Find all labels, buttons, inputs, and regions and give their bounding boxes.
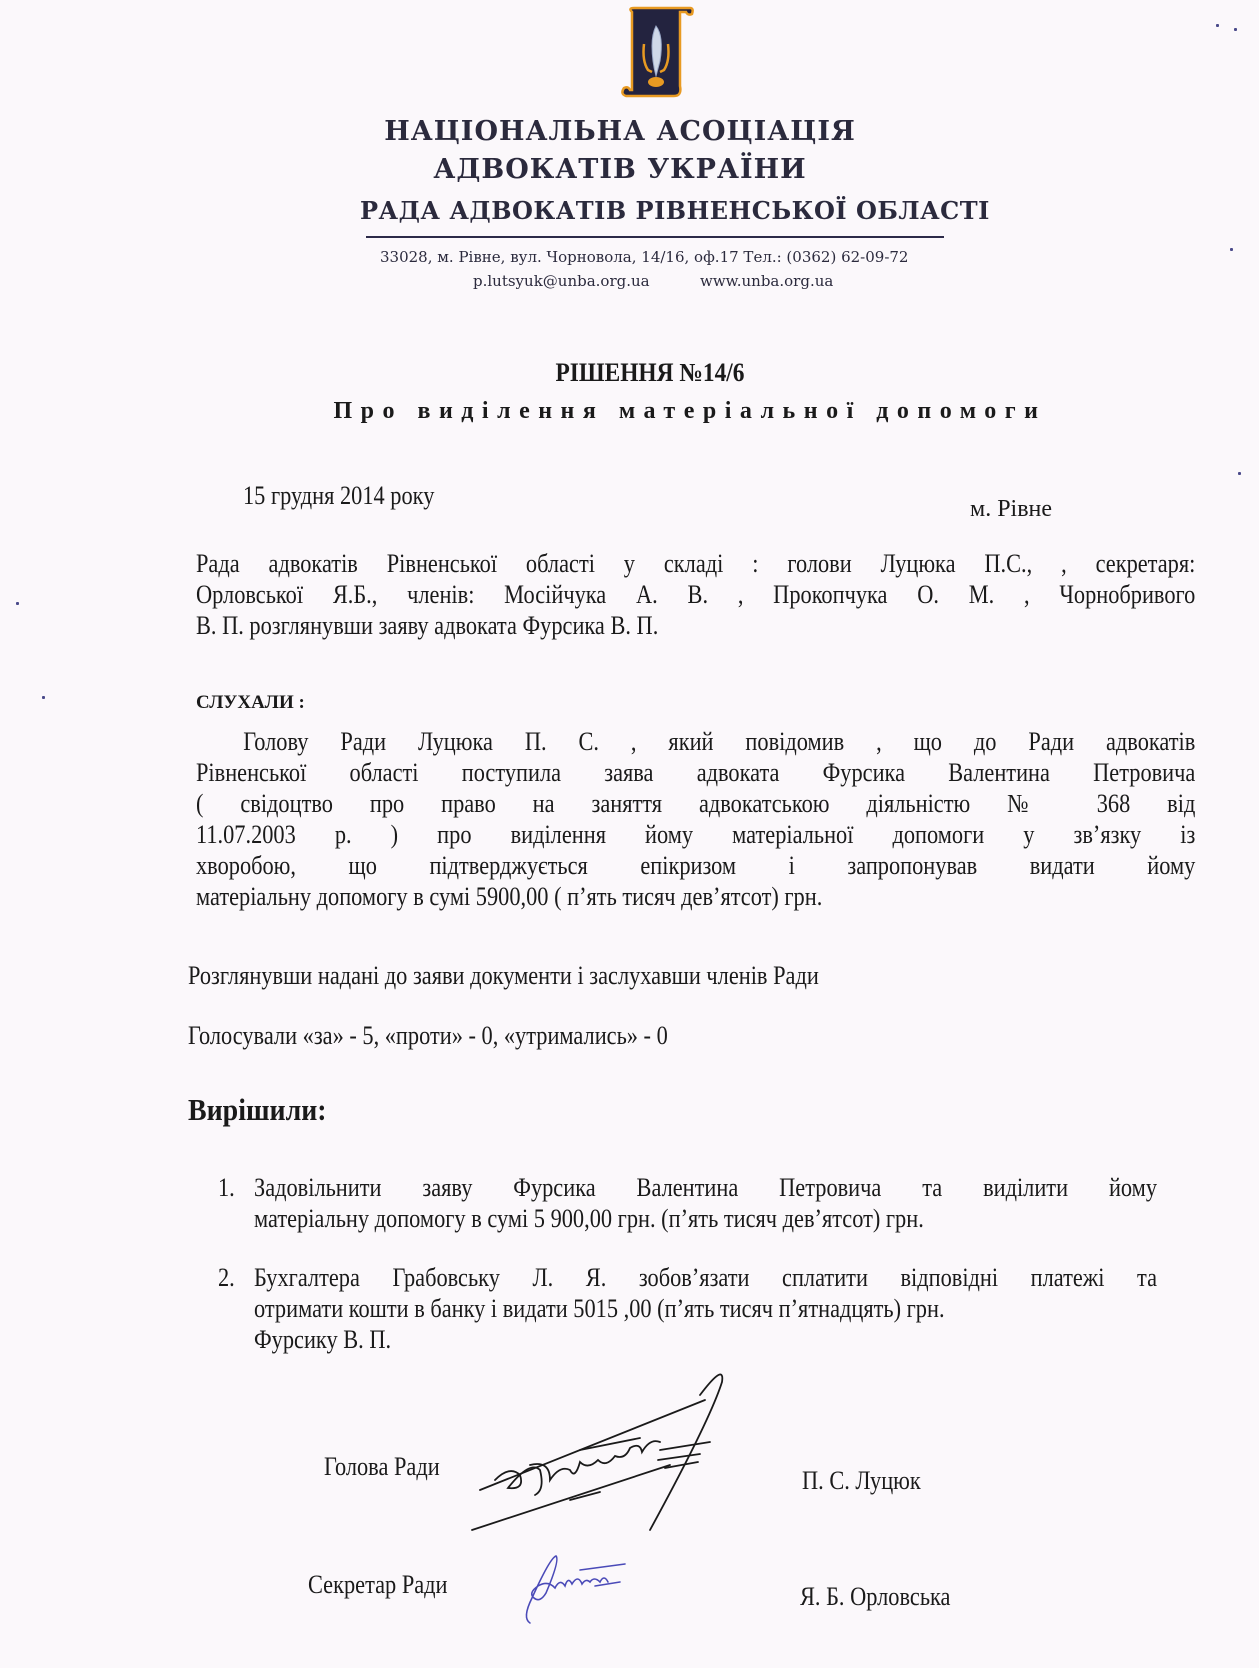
decision-line: Задовільнити заяву Фурсика Валентина Пет… [254,1172,1157,1203]
email-link[interactable]: p.lutsyuk@unba.org.ua [473,272,650,290]
decision-line: Бухгалтера Грабовську Л. Я. зобов’язати … [254,1262,1157,1293]
document-subtitle: Про виділення матеріальної допомоги [300,398,1080,425]
heard-line: матеріальну допомогу в сумі 5900,00 ( п’… [196,881,1195,912]
composition-paragraph: Рада адвокатів Рівненської області у скл… [196,548,1196,641]
decided-heading: Вирішили: [188,1092,327,1128]
council-name: РАДА АДВОКАТІВ РІВНЕНСЬКОЇ ОБЛАСТІ [360,196,950,225]
handwritten-signature-icon [470,1548,650,1628]
decision-line: отримати кошти в банку і видати 5015 ,00… [254,1293,1157,1324]
decision-number: 2. [218,1262,235,1293]
handwritten-signature-icon [470,1370,770,1540]
decision-number: 1. [218,1172,235,1203]
decision-item-1: Задовільнити заяву Фурсика Валентина Пет… [254,1172,1154,1234]
scan-speck [1216,24,1219,27]
scan-speck [1234,28,1237,31]
document-date: 15 грудня 2014 року [243,480,434,511]
org-name-line1: НАЦІОНАЛЬНА АСОЦІАЦІЯ [340,116,900,147]
heard-label: СЛУХАЛИ : [196,692,305,714]
heard-line: Голову Ради Луцюка П. С. , який повідоми… [196,726,1195,757]
heard-line: 11.07.2003 р. ) про виділення йому матер… [196,819,1195,850]
document-title: РІШЕННЯ №14/6 [335,358,965,388]
scan-speck [16,602,19,605]
composition-line: Рада адвокатів Рівненської області у скл… [196,548,1195,579]
signature-role-secretary: Секретар Ради [308,1570,448,1600]
signature-name-chair: П. С. Луцюк [802,1466,921,1496]
decision-line: матеріальну допомогу в сумі 5 900,00 грн… [254,1203,1157,1234]
heard-line: Рівненської області поступила заява адво… [196,757,1195,788]
unba-logo [618,6,696,98]
secretary-signature [470,1548,650,1628]
chair-signature [470,1370,770,1540]
letterhead-divider [366,236,944,238]
considered-statement: Розглянувши надані до заяви документи і … [188,960,819,991]
address: 33028, м. Рівне, вул. Чорновола, 14/16, … [380,248,908,266]
heard-paragraph: Голову Ради Луцюка П. С. , який повідоми… [196,726,1196,912]
signature-name-secretary: Я. Б. Орловська [800,1582,950,1612]
scan-speck [42,696,45,699]
vote-result: Голосували «за» - 5, «проти» - 0, «утрим… [188,1020,668,1051]
heard-line: хворобою, що підтверджується епікризом і… [196,850,1195,881]
scan-speck [1238,472,1241,475]
scan-speck [1230,248,1233,251]
composition-line: Орловської Я.Б., членів: Мосійчука А. В.… [196,579,1195,610]
heard-line: ( свідоцтво про право на заняття адвокат… [196,788,1195,819]
org-name-line2: АДВОКАТІВ УКРАЇНИ [340,154,900,185]
scroll-quill-trident-icon [618,6,696,98]
document-city: м. Рівне [970,494,1052,525]
decision-item-2: Бухгалтера Грабовську Л. Я. зобов’язати … [254,1262,1154,1355]
signature-role-chair: Голова Ради [324,1452,440,1482]
website-link[interactable]: www.unba.org.ua [700,272,833,290]
composition-line: В. П. розглянувши заяву адвоката Фурсика… [196,610,1195,641]
decision-line: Фурсику В. П. [254,1324,1157,1355]
